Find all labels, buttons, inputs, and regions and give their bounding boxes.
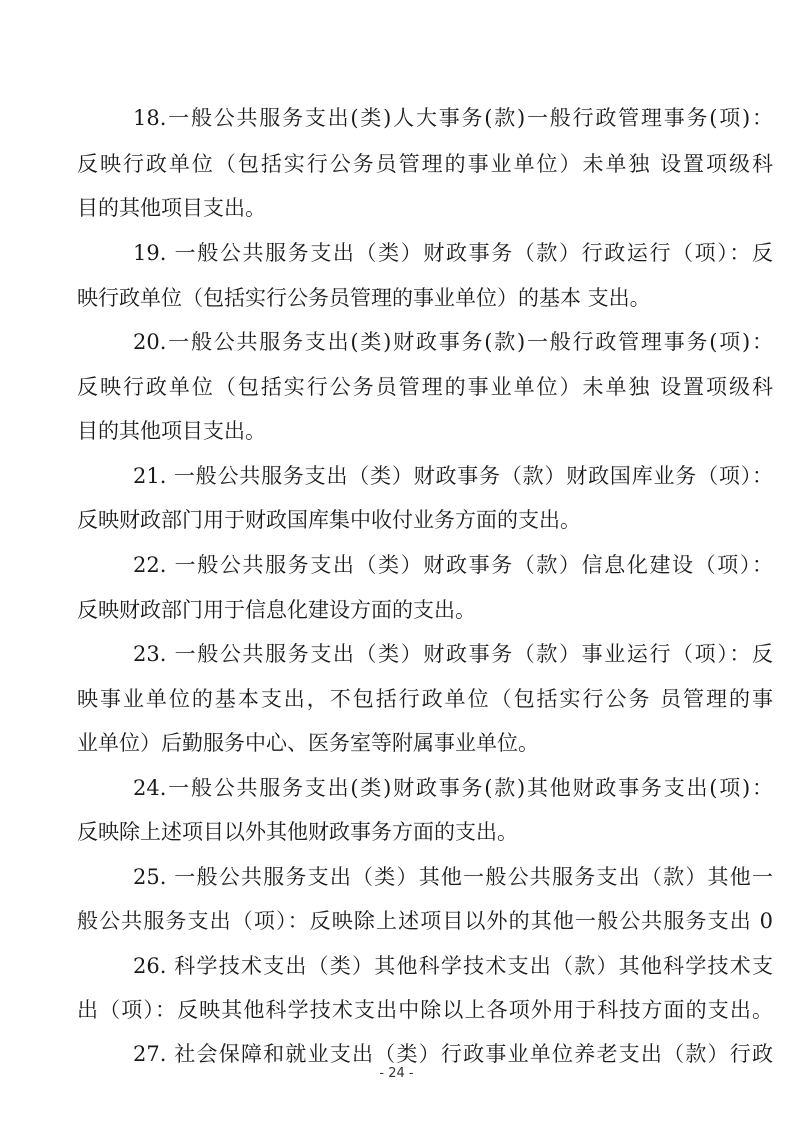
paragraph-21-line-1: 21. 一般公共服务支出（类）财政事务（款）财政国库业务（项）： <box>133 456 773 496</box>
paragraph-24-line-2: 反映除上述项目以外其他财政事务方面的支出。 <box>77 812 773 852</box>
paragraph-18-line-3: 目的其他项目支出。 <box>77 188 773 228</box>
paragraph-23-line-1: 23. 一般公共服务支出（类）财政事务（款）事业运行（项）：反 <box>133 634 773 674</box>
paragraph-25-line-2: 般公共服务支出（项）：反映除上述项目以外的其他一般公共服务支出 0 <box>77 901 773 941</box>
paragraph-20-line-2: 反映行政单位（包括实行公务员管理的事业单位）未单独 设置项级科 <box>77 367 773 407</box>
page-number: - 24 - <box>0 1066 793 1081</box>
paragraph-18-line-2: 反映行政单位（包括实行公务员管理的事业单位）未单独 设置项级科 <box>77 144 773 184</box>
paragraph-24-line-1: 24.一般公共服务支出(类)财政事务(款)其他财政事务支出(项)： <box>133 768 773 808</box>
paragraph-22-line-2: 反映财政部门用于信息化建设方面的支出。 <box>77 590 773 630</box>
paragraph-22-line-1: 22. 一般公共服务支出（类）财政事务（款）信息化建设（项）： <box>133 545 773 585</box>
paragraph-19-line-2: 映行政单位（包括实行公务员管理的事业单位）的基本 支出。 <box>77 278 773 318</box>
document-page: 18.一般公共服务支出(类)人大事务(款)一般行政管理事务(项)： 反映行政单位… <box>0 0 793 1122</box>
paragraph-21-line-2: 反映财政部门用于财政国库集中收付业务方面的支出。 <box>77 500 773 540</box>
paragraph-25-line-1: 25. 一般公共服务支出（类）其他一般公共服务支出（款）其他一 <box>133 857 773 897</box>
paragraph-26-line-1: 26. 科学技术支出（类）其他科学技术支出（款）其他科学技术支 <box>133 946 773 986</box>
paragraph-23-line-2: 映事业单位的基本支出，不包括行政单位（包括实行公务 员管理的事 <box>77 679 773 719</box>
paragraph-20-line-1: 20.一般公共服务支出(类)财政事务(款)一般行政管理事务(项)： <box>133 322 773 362</box>
paragraph-18-line-1: 18.一般公共服务支出(类)人大事务(款)一般行政管理事务(项)： <box>133 98 773 138</box>
paragraph-26-line-2: 出（项）：反映其他科学技术支出中除以上各项外用于科技方面的支出。 <box>77 990 773 1030</box>
paragraph-23-line-3: 业单位）后勤服务中心、医务室等附属事业单位。 <box>77 723 773 763</box>
paragraph-19-line-1: 19. 一般公共服务支出（类）财政事务（款）行政运行（项）：反 <box>133 233 773 273</box>
paragraph-20-line-3: 目的其他项目支出。 <box>77 411 773 451</box>
